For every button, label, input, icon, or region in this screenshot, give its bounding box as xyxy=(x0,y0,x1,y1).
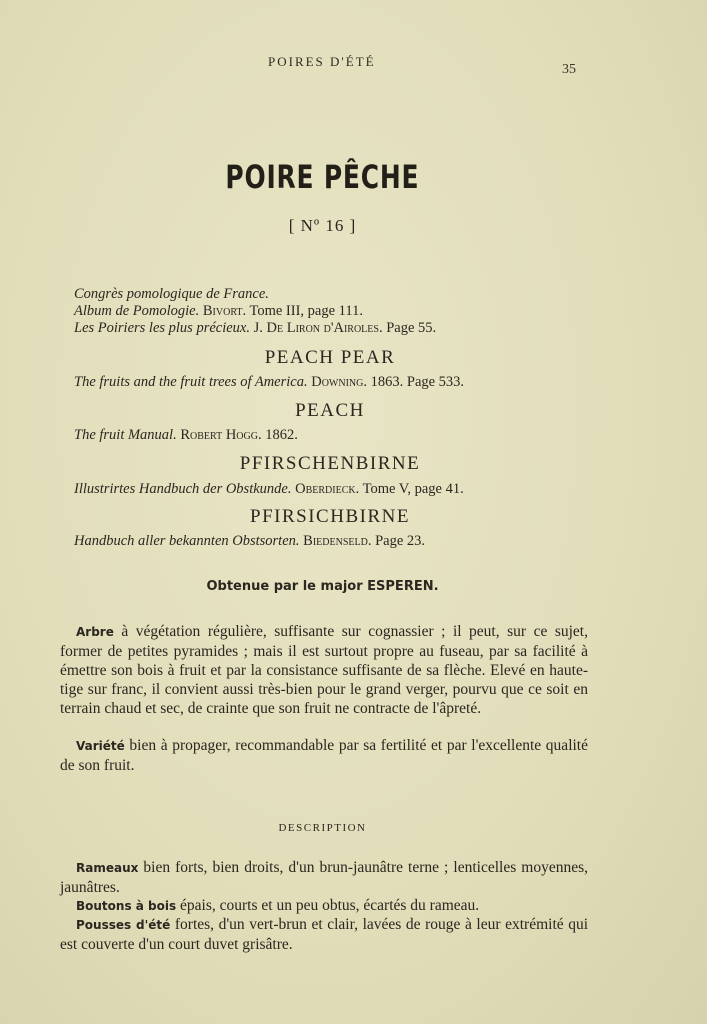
book-page: POIRES D'ÉTÉ 35 POIRE PÊCHE [ Nº 16 ] Co… xyxy=(0,0,707,1024)
reference-line: Handbuch aller bekannten Obstsorten. Bie… xyxy=(74,533,425,550)
page-number: 35 xyxy=(562,62,576,78)
synonym-heading: PFIRSCHENBIRNE xyxy=(0,453,660,475)
culture-paragraph: Variété bien à propager, recommandable p… xyxy=(60,736,588,775)
reference-line: Les Poiriers les plus précieux. J. De Li… xyxy=(74,320,436,337)
synonym-heading: PFIRSICHBIRNE xyxy=(0,506,660,528)
running-head: POIRES D'ÉTÉ xyxy=(268,54,376,70)
synonym-heading: PEACH PEAR xyxy=(0,347,660,369)
page-title: POIRE PÊCHE xyxy=(71,158,574,196)
culture-paragraph: Arbre à végétation régulière, suffisante… xyxy=(60,622,588,718)
description-item: Rameaux bien forts, bien droits, d'un br… xyxy=(60,858,588,897)
variety-number: [ Nº 16 ] xyxy=(0,216,645,236)
reference-line: Congrès pomologique de France. xyxy=(74,286,269,303)
reference-line: Album de Pomologie. Bivort. Tome III, pa… xyxy=(74,303,363,320)
section-heading: DESCRIPTION xyxy=(0,822,645,834)
description-item: Boutons à bois épais, courts et un peu o… xyxy=(60,896,588,916)
synonym-heading: PEACH xyxy=(0,400,660,422)
reference-line: Illustrirtes Handbuch der Obstkunde. Obe… xyxy=(74,481,464,498)
reference-line: The fruit Manual. Robert Hogg. 1862. xyxy=(74,427,298,444)
reference-line: The fruits and the fruit trees of Americ… xyxy=(74,374,464,391)
description-item: Pousses d'été fortes, d'un vert-brun et … xyxy=(60,915,588,954)
obtainer-line: Obtenue par le major ESPEREN. xyxy=(0,579,645,594)
